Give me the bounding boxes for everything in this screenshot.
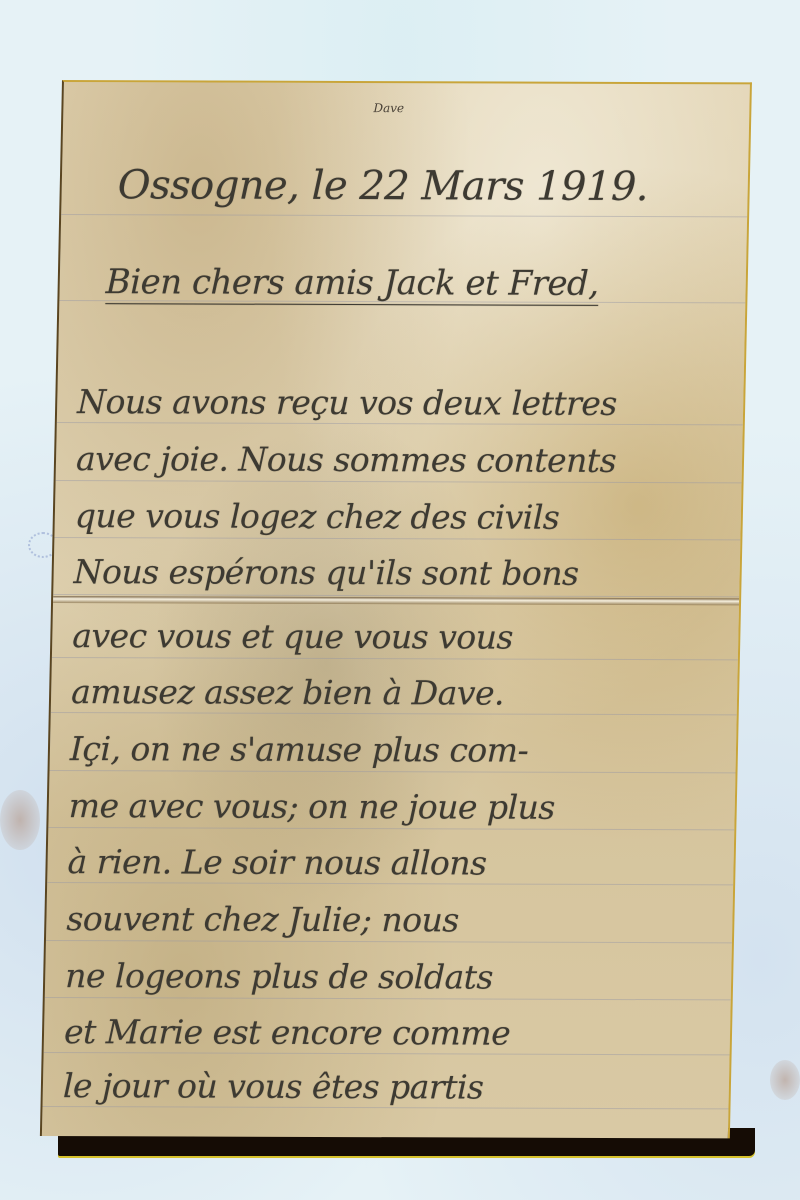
ruled-line	[45, 997, 731, 1000]
ruled-line	[57, 422, 743, 425]
ruled-line	[47, 882, 733, 885]
ruled-line	[50, 770, 736, 773]
body-line: avec joie. Nous sommes contents	[76, 439, 617, 480]
ruled-line	[56, 480, 742, 483]
body-line: que vous logez chez des civils	[74, 496, 559, 537]
letter-page: Dave Ossogne, le 22 Mars 1919. Bien cher…	[40, 80, 752, 1138]
body-line: à rien. Le soir nous allons	[67, 842, 487, 882]
body-line: avec vous et que vous vous	[72, 616, 513, 657]
body-line: le jour où vous êtes partis	[63, 1066, 484, 1106]
ruled-line	[42, 1106, 728, 1109]
ruled-line	[44, 1052, 730, 1055]
ruled-line	[52, 657, 738, 660]
fold-crease	[53, 596, 739, 605]
background-stain	[0, 790, 40, 850]
body-line: souvent chez Julie; nous	[66, 899, 459, 939]
body-line: me avec vous; on ne joue plus	[68, 786, 555, 827]
body-line: Nous avons reçu vos deux lettres	[77, 382, 617, 423]
body-line: Nous espérons qu'ils sont bons	[73, 552, 579, 593]
ruled-line	[48, 827, 734, 830]
body-line: Içi, on ne s'amuse plus com-	[70, 729, 529, 770]
body-line: ne logeons plus de soldats	[65, 956, 494, 996]
pencil-annotation: Dave	[373, 101, 404, 115]
place-date-line: Ossogne, le 22 Mars 1919.	[117, 162, 648, 210]
ruled-line	[61, 214, 747, 217]
body-line: amusez assez bien à Dave.	[71, 672, 505, 713]
ruled-line	[51, 712, 737, 715]
ruled-line	[46, 940, 732, 943]
salutation-line: Bien chers amis Jack et Fred,	[105, 262, 599, 304]
background-stain	[770, 1060, 800, 1100]
ruled-line	[54, 537, 740, 540]
body-line: et Marie est encore comme	[64, 1012, 511, 1053]
